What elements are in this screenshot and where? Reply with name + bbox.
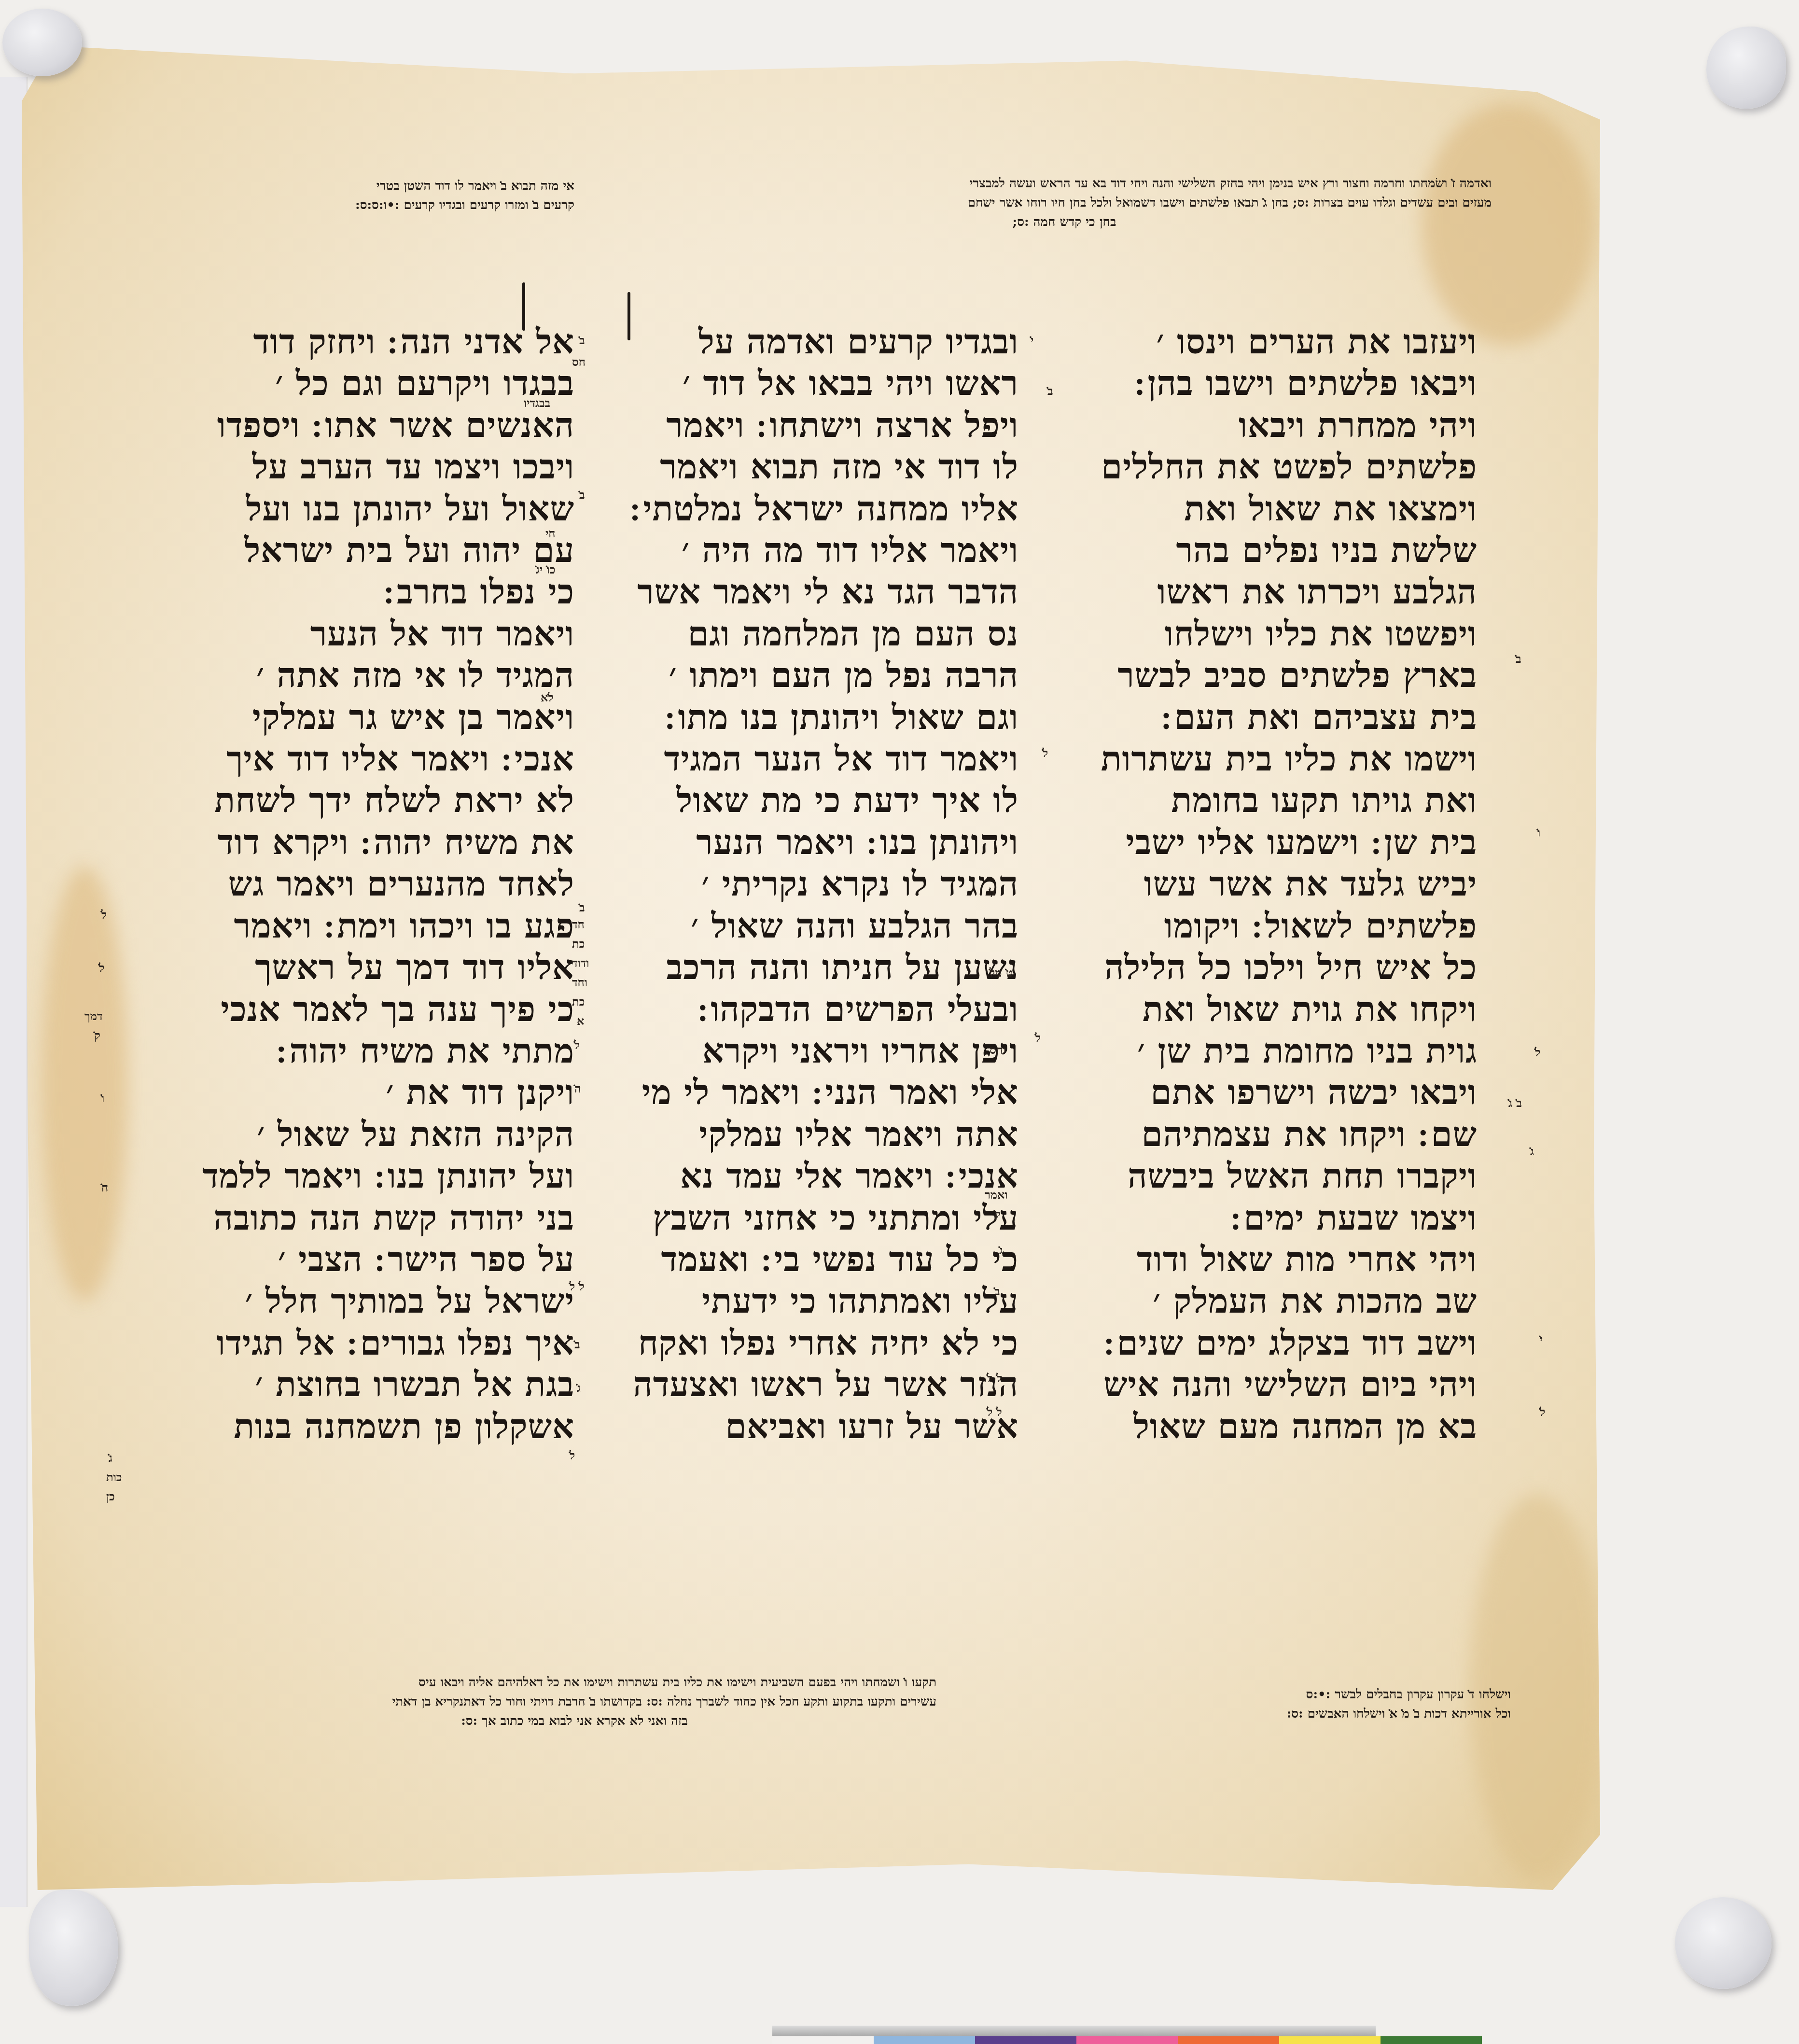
masora-line: וישלחו ד̇ עקרון עקרון בחבלים לבשר :•:ס xyxy=(1105,1685,1511,1704)
masora-parva-note: ל̇ xyxy=(1540,1405,1545,1419)
text-line: פלשתים לפשט את החללים xyxy=(1067,446,1477,488)
text-line: ראשו ויהי בבאו אל דוד ׳ xyxy=(613,363,1018,404)
masora-parva-note: ג̇ xyxy=(999,1243,1003,1258)
text-line: לאחד מהנערים ויאמר גש xyxy=(164,863,574,905)
masora-parva-note: ב̇ ג̇ xyxy=(1508,1096,1522,1110)
swatch-yellow xyxy=(1279,2036,1381,2044)
masora-line: קרעים ב̇ ומזרו קרעים ובגדיו קרעים :•ו:ס:… xyxy=(159,196,574,215)
masora-parva-note: חי xyxy=(545,526,556,541)
corner-weight-top-left xyxy=(2,9,82,76)
text-line: ואת גויתו תקעו בחומת xyxy=(1067,780,1477,821)
text-line: אליו ממחנה ישראל נמלטתי ׃ xyxy=(613,488,1018,530)
text-line: בית עצביהם ואת העם ׃ xyxy=(1067,697,1477,738)
text-line: שאול ועל יהונתן בנו ועל xyxy=(164,488,574,530)
masora-parva-note: ג̇ xyxy=(1530,1144,1534,1159)
text-line: כי כל עוד נפשי בי ׃ ואעמד xyxy=(613,1239,1018,1280)
text-line: הרבה נפל מן העם וימתו ׳ xyxy=(613,655,1018,696)
text-line: כל איש חיל וילכו כל הלילה xyxy=(1067,947,1477,988)
masora-line: עשירים ותקעו בתקוע ותקע חכל אין כחוד לשב… xyxy=(212,1692,936,1711)
masora-parva-note: בבגדיו xyxy=(524,396,550,410)
masora-parva-note: ו̇ xyxy=(1537,826,1540,840)
text-line: ישראל על במותיך חלל ׳ xyxy=(164,1280,574,1322)
masora-line: וכל אורייתא דכות ב̇ מ̇ א̇ וישלחו האבשים … xyxy=(1105,1704,1511,1723)
text-line: כי נפלו בחרב ׃ xyxy=(164,571,574,613)
text-line: אנכי ׃ ויאמר אלי עמד נא xyxy=(613,1155,1018,1197)
text-line: לו איך ידעת כי מת שאול xyxy=(613,780,1018,821)
masora-parva-note: ל̇ xyxy=(570,1448,575,1463)
text-line: כי פיך ענה בך לאמר אנכי xyxy=(164,989,574,1030)
masora-parva-note: דמך xyxy=(84,1009,103,1023)
text-line: נשען על חניתו והנה הרכב xyxy=(613,947,1018,988)
masora-parva-note: ל̇א xyxy=(541,690,554,705)
color-calibration-strip xyxy=(772,2036,1482,2044)
text-line: ויהי אחרי מות שאול ודוד xyxy=(1067,1239,1477,1280)
swatch-orange xyxy=(1178,2036,1279,2044)
text-line: אשר על זרעו ואביאם xyxy=(613,1406,1018,1447)
text-line: ויקברו תחת האשל ביבשה xyxy=(1067,1155,1477,1197)
text-line: ויבכו ויצמו עד הערב על xyxy=(164,446,574,488)
masora-magna-top-right: ואדמה ז̇ ושׂמחתו וחרמה וחצור ורץ איש בני… xyxy=(637,174,1492,232)
text-line: גוית בניו מחומת בית שן ׳ xyxy=(1067,1030,1477,1072)
swatch-white xyxy=(772,2036,874,2044)
text-line: ויצמו שבעת ימים ׃ xyxy=(1067,1197,1477,1239)
text-line: ויפשטו את כליו וישלחו xyxy=(1067,613,1477,655)
text-line: אנכי ׃ ויאמר אליו דוד איך xyxy=(164,738,574,780)
text-line: ועל יהונתן בנו ׃ ויאמר ללמד xyxy=(164,1155,574,1197)
text-line: ויקחו את גוית שאול ואת xyxy=(1067,989,1477,1030)
masora-parva-note: ב̇ xyxy=(574,1337,580,1352)
text-line: הנזר אשר על ראשו ואצעדה xyxy=(613,1364,1018,1405)
masora-parva-note: ו̇ xyxy=(101,1091,104,1106)
text-line: אשקלון פן תשמחנה בנות xyxy=(164,1406,574,1447)
text-line: בבגדו ויקרעם וגם כל ׳ xyxy=(164,363,574,404)
masora-magna-bottom-left: תקעו ו̇ ושמחתו ויהי בפעם השביעית וישימו … xyxy=(212,1673,936,1731)
masora-parva-note: כות xyxy=(106,1470,122,1484)
masora-parva-note: ט̇ מל̇ xyxy=(990,966,1013,980)
text-line: ויבאו פלשתים וישבו בהן ׃ xyxy=(1067,363,1477,404)
masora-parva-note: ל̇ xyxy=(101,908,107,922)
text-line: ויהי ממחרת ויבאו xyxy=(1067,405,1477,446)
masora-parva-note: כת xyxy=(572,994,585,1009)
masora-parva-note: כו̇ יג̇ xyxy=(536,562,555,577)
corner-weight-bottom-left xyxy=(29,1890,118,2006)
masora-parva-note: ח̇ xyxy=(101,1180,108,1195)
text-line: בגת אל תבשרו בחוצת ׳ xyxy=(164,1364,574,1405)
masora-parva-note: כן xyxy=(106,1489,115,1504)
text-line: ובגדיו קרעים ואדמה על xyxy=(613,321,1018,363)
text-column-right: ויעזבו את הערים וינסו ׳ ויבאו פלשתים ויש… xyxy=(1067,321,1477,1447)
text-line: בני יהודה קשת הנה כתובה xyxy=(164,1197,574,1239)
masora-line: אי מזה תבוא ב̇ ויאמר לו דוד השטן בטרי xyxy=(159,176,574,196)
text-line: עם יהוה ועל בית ישראל xyxy=(164,530,574,571)
edge-stain xyxy=(41,867,128,1301)
text-line: כי לא יחיה אחרי נפלו ואקח xyxy=(613,1322,1018,1364)
text-line: וגם שאול ויהונתן בנו מתו ׃ xyxy=(613,697,1018,738)
text-line: הגלבע ויכרתו את ראשו xyxy=(1067,571,1477,613)
corner-weight-top-right xyxy=(1706,27,1786,109)
masora-parva-note: י̇ xyxy=(1031,333,1033,348)
text-line: שב מהכות את העמלק ׳ xyxy=(1067,1280,1477,1322)
calibration-gray-tab xyxy=(772,2026,1376,2036)
masora-parva-note: ל̇ ל̇ xyxy=(987,1371,1002,1386)
text-line: ויעזבו את הערים וינסו ׳ xyxy=(1067,321,1477,363)
text-line: על ספר הישר ׃ הצבי ׳ xyxy=(164,1239,574,1280)
masora-parva-note: חד xyxy=(572,917,585,932)
text-line: אליו דוד דמך על ראשך xyxy=(164,947,574,988)
corner-weight-bottom-right xyxy=(1675,1897,1771,1989)
masora-magna-top-left: אי מזה תבוא ב̇ ויאמר לו דוד השטן בטרי קר… xyxy=(159,176,574,215)
text-column-left: אל אדני הנה ׃ ויחזק דוד בבגדו ויקרעם וגם… xyxy=(164,321,574,1447)
text-line: פגע בו ויכהו וימת ׃ ויאמר xyxy=(164,905,574,947)
text-line: ויאמר דוד אל הנער המגיד xyxy=(613,738,1018,780)
text-line: עליו ואמתתהו כי ידעתי xyxy=(613,1280,1018,1322)
masora-parva-note: י̇ xyxy=(1540,1332,1543,1347)
text-line: לו דוד אי מזה תבוא ויאמר xyxy=(613,446,1018,488)
text-line: בית שן ׃ וישמעו אליו ישבי xyxy=(1067,822,1477,863)
swatch-blue xyxy=(874,2036,975,2044)
masora-parva-note: ודוד xyxy=(572,956,589,970)
masora-parva-note: ל̇ xyxy=(1535,1045,1540,1060)
masora-parva-note: ב̇ xyxy=(579,333,585,348)
text-line: ויקנן דוד את ׳ xyxy=(164,1072,574,1113)
text-line: אתה ויאמר אליו עמלקי xyxy=(613,1114,1018,1155)
text-line: עלי ומתתני כי אחזני השבץ xyxy=(613,1197,1018,1239)
text-line: לא יראת לשלח ידך לשחת xyxy=(164,780,574,821)
text-line: ובעלי הפרשים הדבקהו ׃ xyxy=(613,989,1018,1030)
masora-parva-note: ק̇ xyxy=(94,1028,100,1043)
masora-parva-note: חס xyxy=(572,355,586,369)
masora-parva-note: ל̇ xyxy=(1043,746,1048,760)
masora-parva-note: ל̇ ל̇ xyxy=(570,1279,585,1294)
text-line: ויבאו יבשה וישרפו אתם xyxy=(1067,1072,1477,1113)
masora-parva-note: וחס xyxy=(990,1043,1006,1057)
swatch-purple xyxy=(975,2036,1076,2044)
text-line: ויפן אחריו ויראני ויקרא xyxy=(613,1030,1018,1072)
text-line: נס העם מן המלחמה וגם xyxy=(613,613,1018,655)
masora-parva-note: ב̇ xyxy=(994,1284,1000,1299)
text-line: מתתי את משיח יהוה ׃ xyxy=(164,1030,574,1072)
text-line: בארץ פלשתים סביב לבשר xyxy=(1067,655,1477,696)
swatch-green xyxy=(1381,2036,1482,2044)
masora-parva-note: ג̇ xyxy=(109,1451,112,1465)
masora-parva-note: כת xyxy=(572,937,585,951)
text-line: וישב דוד בצקלג ימים שנים ׃ xyxy=(1067,1322,1477,1364)
masora-parva-note: ה̇ xyxy=(574,1081,581,1096)
masora-parva-note: ואמר xyxy=(985,1188,1008,1202)
swatch-pink xyxy=(1076,2036,1178,2044)
text-line: הדבר הגד נא לי ויאמר אשר xyxy=(613,571,1018,613)
text-line: שלשת בניו נפלים בהר xyxy=(1067,530,1477,571)
masora-line: מעזים ובים עשדים וגלדו עוים בצרות :ס; בח… xyxy=(637,193,1492,212)
text-line: שם ׃ ויקחו את עצמתיהם xyxy=(1067,1114,1477,1155)
masora-parva-note: ג̇ xyxy=(577,1381,581,1395)
masora-parva-note: ב̇ xyxy=(579,900,585,915)
text-line: וישמו את כליו בית עשתרות xyxy=(1067,738,1477,780)
masora-parva-note: ב̇ xyxy=(1047,384,1053,398)
masora-parva-note: ל̇ xyxy=(1035,1031,1041,1045)
masora-parva-note: ל̇ ל̇ xyxy=(987,1405,1002,1419)
text-line: ויפל ארצה וישתחו ׃ ויאמר xyxy=(613,405,1018,446)
text-line: איך נפלו גבורים ׃ אל תגידו xyxy=(164,1322,574,1364)
text-line: פלשתים לשאול ׃ ויקומו xyxy=(1067,905,1477,947)
text-line: המגיד לו אי מזה אתה ׳ xyxy=(164,655,574,696)
text-line: ויאמר בן איש גר עמלקי xyxy=(164,697,574,738)
masora-parva-note: א xyxy=(577,1014,584,1028)
masora-parva-note: ל̇ xyxy=(574,1038,580,1052)
masora-parva-note: ק̇ xyxy=(536,415,542,430)
text-line: ויאמר אליו דוד מה היה ׳ xyxy=(613,530,1018,571)
text-line: אל אדני הנה ׃ ויחזק דוד xyxy=(164,321,574,363)
text-line: בהר הגלבע והנה שאול ׳ xyxy=(613,905,1018,947)
text-line: הקינה הזאת על שאול ׳ xyxy=(164,1114,574,1155)
text-line: בא מן המחנה מעם שאול xyxy=(1067,1406,1477,1447)
masora-parva-note: ל̇ xyxy=(99,961,104,975)
masora-parva-note: וחד xyxy=(572,975,587,990)
masora-magna-bottom-right: וישלחו ד̇ עקרון עקרון בחבלים לבשר :•:ס ו… xyxy=(1105,1685,1511,1723)
masora-parva-note: ב̇ xyxy=(1516,652,1521,666)
masora-line: ואדמה ז̇ ושׂמחתו וחרמה וחצור ורץ איש בני… xyxy=(637,174,1492,193)
masora-parva-note: ל̇ xyxy=(990,886,995,900)
text-line: האנשים אשר אתו ׃ ויספדו xyxy=(164,405,574,446)
text-line: וימצאו את שאול ואת xyxy=(1067,488,1477,530)
text-line: את משיח יהוה ׃ ויקרא דוד xyxy=(164,822,574,863)
masora-parva-note: ב̇ xyxy=(579,488,585,502)
text-line: ויהונתן בנו ׃ ויאמר הנער xyxy=(613,822,1018,863)
text-line: ויהי ביום השלישי והנה איש xyxy=(1067,1364,1477,1405)
text-line: אלי ואמר הנני ׃ ויאמר לי מי xyxy=(613,1072,1018,1113)
text-line: יביש גלעד את אשר עשו xyxy=(1067,863,1477,905)
text-column-middle: ובגדיו קרעים ואדמה על ראשו ויהי בבאו אל … xyxy=(613,321,1018,1447)
masora-line: בחן כי קדש חמה :ס; xyxy=(637,212,1492,232)
masora-line: בזה ואני לא אקרא אני לבוא במי כתוב אך :ס… xyxy=(212,1711,936,1731)
masora-line: תקעו ו̇ ושמחתו ויהי בפעם השביעית וישימו … xyxy=(212,1673,936,1692)
text-line: ויאמר דוד אל הנער xyxy=(164,613,574,655)
text-line: המגיד לו נקרא נקריתי ׳ xyxy=(613,863,1018,905)
masora-parva-note: ק̇ xyxy=(994,1207,1001,1221)
